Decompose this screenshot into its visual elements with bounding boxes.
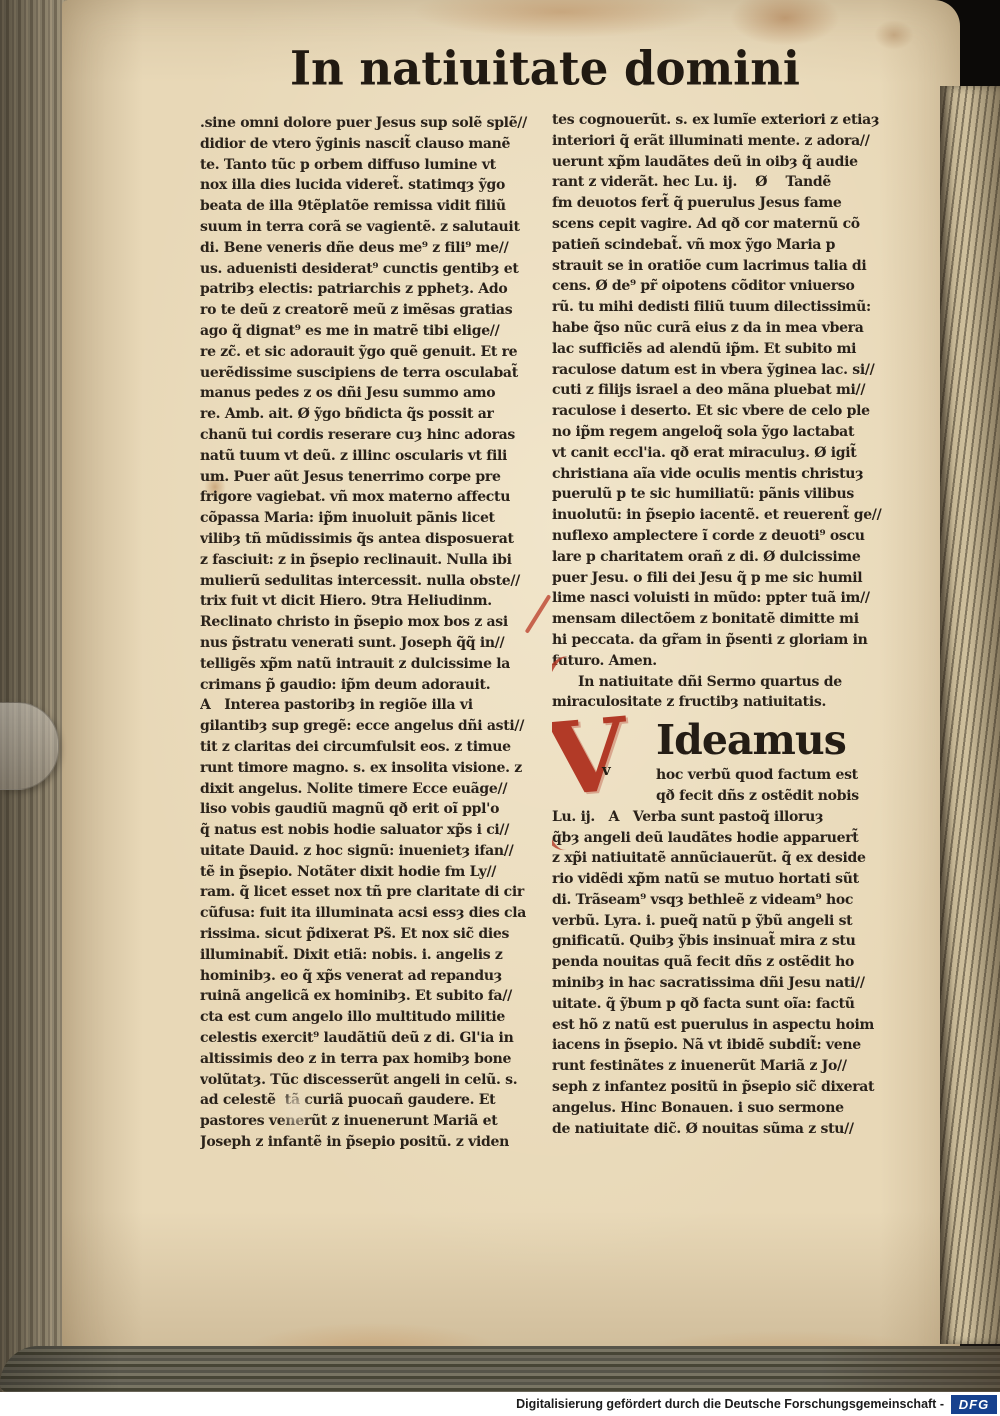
text-line: uitate Dauid. z hoc signũ: inuenietȝ ifa… — [200, 841, 556, 862]
dfg-logo: DFG — [951, 1395, 997, 1414]
text-line: est hõ z natũ est puerulus in aspectu ho… — [552, 1015, 908, 1036]
text-line: ad celestẽ tã curiã puocañ gaudere. Et — [200, 1090, 556, 1111]
text-line: te. Tanto tũc p orbem diffuso lumine vt — [200, 155, 556, 176]
text-line: .sine omni dolore puer Jesus sup solẽ sp… — [200, 113, 556, 134]
text-line: telligẽs xp̃m natũ intrauit z dulcissime… — [200, 654, 556, 675]
credit-text: Digitalisierung gefördert durch die Deut… — [516, 1397, 944, 1411]
text-line: habe q̃so nũc curã eius z da in mea vber… — [552, 318, 908, 339]
text-line: minibȝ in hac sacratissima dñi Jesu nati… — [552, 973, 908, 994]
page-title: In natiuitate domini — [250, 41, 840, 96]
book-page-edges-bottom — [0, 1346, 1000, 1392]
text-line: christiana aĩa vide oculis mentis christ… — [552, 464, 908, 485]
text-line: Joseph z infantẽ in p̃sepio positũ. z vi… — [200, 1132, 556, 1153]
book-page: In natiuitate domini .sine omni dolore p… — [62, 0, 960, 1392]
stain — [874, 20, 914, 50]
text-line: strauit se in oratiõe cum lacrimus talia… — [552, 256, 908, 277]
text-line: patieñ scindebat̃. vñ mox ỹgo Maria p — [552, 235, 908, 256]
text-line: rio vidẽdi xp̃m natũ se mutuo hortati sũ… — [552, 869, 908, 890]
text-line: crimans p̃ gaudio: ip̃m deum adorauit. — [200, 675, 556, 696]
text-line: liso vobis gaudiũ magnũ qð erit oĩ ppl'o — [200, 799, 556, 820]
text-line: inuolutũ: in p̃sepio iacentẽ. et reueren… — [552, 505, 908, 526]
text-line: puer Jesu. o fili dei Jesu q̃ p me sic h… — [552, 568, 908, 589]
text-line: cens. Ø de⁹ pr̃ oipotens cõditor vniuers… — [552, 276, 908, 297]
text-line: seph z infantez positũ in p̃sepio sic̃ d… — [552, 1077, 908, 1098]
text-line: penda nouitas quã fecit dñs z ostẽdit ho — [552, 952, 908, 973]
text-column-left: .sine omni dolore puer Jesus sup solẽ sp… — [200, 113, 556, 1153]
text-line: interiori q̃ erãt illuminati mente. z ad… — [552, 131, 908, 152]
text-line: scens cepit vagire. Ad qð cor maternũ cõ — [552, 214, 908, 235]
text-line: raculose datum est in vbera ỹginea lac. … — [552, 360, 908, 381]
text-line: z xp̃i natiuitatẽ annũciauerũt. q̃ ex de… — [552, 848, 908, 869]
text-line: suum in terra corã se vagientẽ. z saluta… — [200, 217, 556, 238]
text-line: altissimis deo z in terra pax homibȝ bon… — [200, 1049, 556, 1070]
text-line: ruinã angelicã ex hominibȝ. Et subito fa… — [200, 986, 556, 1007]
text-line: ro te deũ z creatorẽ meũ z imẽsas gratia… — [200, 300, 556, 321]
text-line: puerulũ p te sic humiliatũ: pãnis vilibu… — [552, 484, 908, 505]
text-line: vt canit eccl'ia. qð erat miraculuȝ. Ø i… — [552, 443, 908, 464]
text-line: rũ. tu mihi dedisti filiũ tuum dilectiss… — [552, 297, 908, 318]
text-line: frigore vagiebat. vñ mox materno affectu — [200, 487, 556, 508]
text-line: lime nasci voluisti in mũdo: ppter tuã i… — [552, 588, 908, 609]
digitization-credit-bar: Digitalisierung gefördert durch die Deut… — [0, 1392, 1000, 1416]
text-line: rissima. sicut p̃dixerat Ps̃. Et nox sic… — [200, 924, 556, 945]
text-line: qð fecit dñs z ostẽdit nobis — [656, 786, 908, 807]
text-line: runt festinãtes z inuenerũt Mariã z Jo// — [552, 1056, 908, 1077]
text-line: re zc̃. et sic adorauit ỹgo quẽ genuit. … — [200, 342, 556, 363]
text-line: volũtatȝ. Tũc discesserũt angeli in celũ… — [200, 1070, 556, 1091]
text-line: vilibȝ tñ mũdissimis q̃s antea disposuer… — [200, 529, 556, 550]
text-line: mensam dilectõem z bonitatẽ dimitte mi — [552, 609, 908, 630]
text-line: futuro. Amen. — [552, 651, 908, 672]
illuminated-initial: V v — [552, 707, 646, 835]
text-line: z fasciuit: z in p̃sepio reclinauit. Nul… — [200, 550, 556, 571]
text-line: chanũ tui cordis reserare cuȝ hinc adora… — [200, 425, 556, 446]
text-line: cuti z filijs israel a deo mãna pluebat … — [552, 380, 908, 401]
text-line: di. Trãseam⁹ vsqȝ bethleẽ z videam⁹ hoc — [552, 890, 908, 911]
text-line: no ip̃m regem angeloq̃ sola ỹgo lactabat — [552, 422, 908, 443]
column-paragraphs: Lu. ij. A Verba sunt pastoq̃ illoruȝq̃bȝ… — [552, 807, 908, 1140]
text-line: verbũ. Lyra. i. pueq̃ natũ p ỹbũ angeli … — [552, 911, 908, 932]
text-line: re. Amb. ait. Ø ỹgo bñdicta q̃s possit a… — [200, 404, 556, 425]
text-line: fm deuotos fert̃ q̃ puerulus Jesus fame — [552, 193, 908, 214]
text-line: pastores venerũt z inuenerunt Mariã et — [200, 1111, 556, 1132]
text-line: uerẽdissime suscipiens de terra osculaba… — [200, 363, 556, 384]
guide-letter: v — [602, 761, 611, 779]
text-line: rant z viderãt. hec Lu. ij. Ø Tandẽ — [552, 172, 908, 193]
stain — [412, 0, 712, 38]
text-line: beata de illa 9tẽplatõe remissa vidit fi… — [200, 196, 556, 217]
text-line: iacens in p̃sepio. Nã vt ibidẽ subdit̃: … — [552, 1035, 908, 1056]
text-line: ago q̃ dignat⁹ es me in matrẽ tibi elige… — [200, 321, 556, 342]
text-line: natũ tuum vt deũ. z illinc oscularis vt … — [200, 446, 556, 467]
text-line: illuminabit̃. Dixit etiã: nobis. i. ange… — [200, 945, 556, 966]
text-line: celestis exercit⁹ laudãtiũ deũ z di. Gl'… — [200, 1028, 556, 1049]
sermon-incipit: V v Ideamus hoc verbũ quod factum estqð … — [552, 715, 908, 807]
initial-letter-v: V — [552, 702, 632, 813]
text-line: hoc verbũ quod factum est — [656, 765, 908, 786]
stain — [730, 0, 840, 46]
text-line: didior de vtero ỹginis nascit̃ clauso ma… — [200, 134, 556, 155]
text-line: cõpassa Maria: ip̃m inuoluit pãnis licet — [200, 508, 556, 529]
text-line: lac sufficiẽs ad alendũ ip̃m. Et subito … — [552, 339, 908, 360]
text-line: uerunt xp̃m laudãtes deũ in oibȝ q̃ audi… — [552, 152, 908, 173]
text-line: de natiuitate dic̃. Ø nouitas sũma z stu… — [552, 1119, 908, 1140]
text-line: gilantibȝ sup gregẽ: ecce angelus dñi as… — [200, 716, 556, 737]
text-line: uitate. q̃ ỹbum p qð facta sunt oĩa: fac… — [552, 994, 908, 1015]
text-line: ram. q̃ licet esset nox tñ pre claritate… — [200, 882, 556, 903]
text-line: mulierũ sedulitas intercessit. nulla obs… — [200, 571, 556, 592]
text-line: us. aduenisti desiderat⁹ cunctis gentibȝ… — [200, 259, 556, 280]
text-line: Reclinato christo in p̃sepio mox bos z a… — [200, 612, 556, 633]
text-column-right: tes cognouerũt. s. ex lumĩe exteriori z … — [552, 110, 908, 1139]
text-line: nus p̃stratu venerati sunt. Joseph q̃q̃ … — [200, 633, 556, 654]
text-line: raculose i deserto. Et sic vbere de celo… — [552, 401, 908, 422]
incipit-word: Ideamus — [656, 715, 908, 765]
text-line: q̃ natus est nobis hodie saluator xp̃s i… — [200, 820, 556, 841]
text-line: In natiuitate dñi Sermo quartus de — [552, 672, 908, 693]
text-line: cta est cum angelo illo multitudo militi… — [200, 1007, 556, 1028]
text-line: trix fuit vt dicit Hiero. 9tra Heliudinm… — [200, 591, 556, 612]
adjacent-page-curl — [940, 86, 1000, 1344]
text-line: nox illa dies lucida videret̃. statimqȝ … — [200, 175, 556, 196]
text-line: hominibȝ. eo q̃ xp̃s venerat ad repanduȝ — [200, 966, 556, 987]
text-line: tes cognouerũt. s. ex lumĩe exteriori z … — [552, 110, 908, 131]
text-line: tit z claritas dei circumfulsit eos. z t… — [200, 737, 556, 758]
text-line: patribȝ electis: patriarchis z pphetȝ. A… — [200, 279, 556, 300]
text-line: nuflexo amplectere ĩ corde z deuoti⁹ osc… — [552, 526, 908, 547]
text-line: gnificatũ. Quibȝ ỹbis insinuat̃ mira z s… — [552, 931, 908, 952]
scan-photo: In natiuitate domini .sine omni dolore p… — [0, 0, 1000, 1416]
text-line: tẽ in p̃sepio. Notãter dixit hodie fm Ly… — [200, 862, 556, 883]
text-line: A Interea pastoribȝ in regiõe illa vi — [200, 695, 556, 716]
incipit-indent-lines: hoc verbũ quod factum estqð fecit dñs z … — [656, 765, 908, 807]
column-paragraphs: tes cognouerũt. s. ex lumĩe exteriori z … — [552, 110, 908, 672]
text-line: runt timore magno. s. ex insolita vision… — [200, 758, 556, 779]
text-line: cũfusa: fuit ita illuminata acsi essȝ di… — [200, 903, 556, 924]
text-line: lare p charitatem orañ z di. Ø dulcissim… — [552, 547, 908, 568]
text-line: di. Bene veneris dñe deus me⁹ z fili⁹ me… — [200, 238, 556, 259]
text-line: um. Puer aũt Jesus tenerrimo corpe pre — [200, 467, 556, 488]
text-line: manus pedes z os dñi Jesu summo amo — [200, 383, 556, 404]
text-line: dixit angelus. Nolite timere Ecce euãge/… — [200, 779, 556, 800]
text-line: hi peccata. da gr̃am in p̃senti z gloria… — [552, 630, 908, 651]
text-line: angelus. Hinc Bonauen. i suo sermone — [552, 1098, 908, 1119]
